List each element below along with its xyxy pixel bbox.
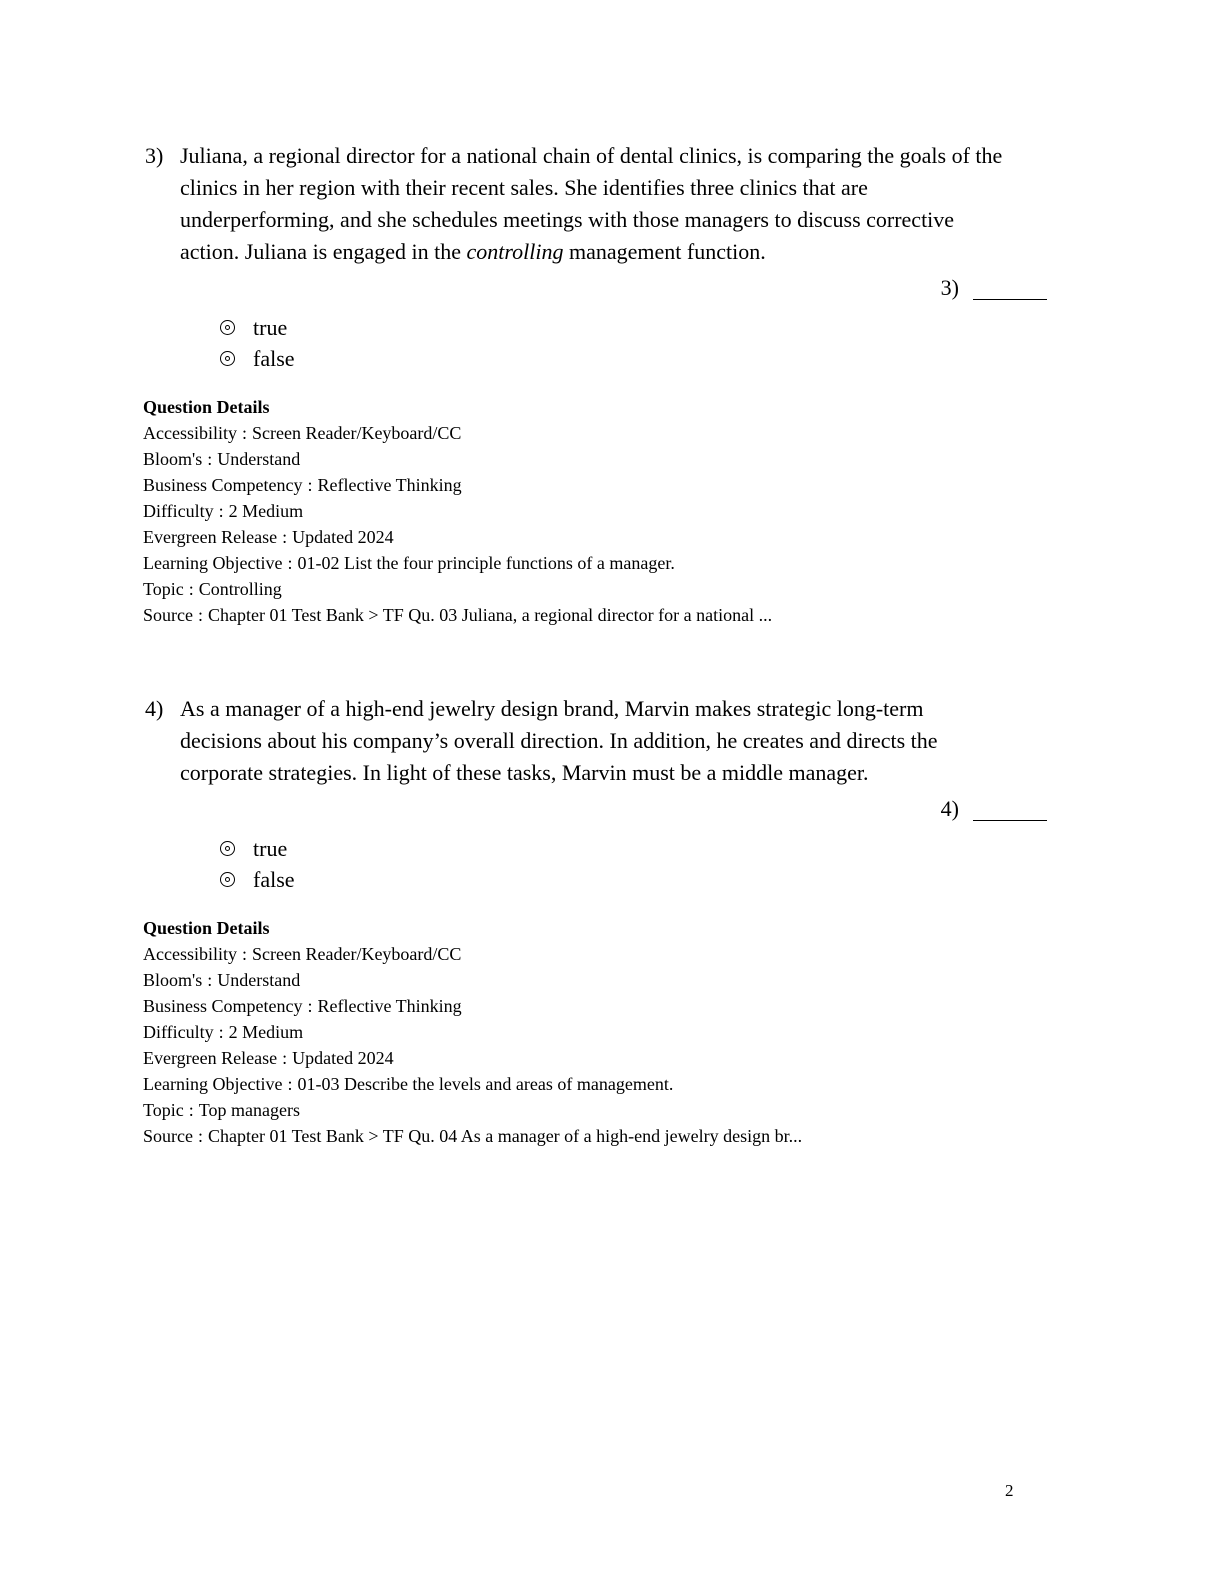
question-details-heading: Question Details <box>143 915 1069 941</box>
detail-separator: : <box>242 944 247 964</box>
detail-separator: : <box>207 970 212 990</box>
question-3-option-true[interactable]: true <box>220 312 1069 343</box>
question-4-text: As a manager of a high-end jewelry desig… <box>180 693 1069 789</box>
detail-separator: : <box>219 1022 224 1042</box>
detail-row-topic: Topic:Controlling <box>143 576 1069 602</box>
radio-button-icon[interactable] <box>220 351 235 366</box>
question-4-answer-label: 4) <box>941 793 959 825</box>
question-block-3: 3) Juliana, a regional director for a na… <box>145 140 1069 628</box>
question-4-paragraph: 4) As a manager of a high-end jewelry de… <box>145 693 1069 789</box>
option-false-label: false <box>253 867 295 893</box>
question-3-answer-blank-line <box>973 275 1047 300</box>
detail-value: Updated 2024 <box>292 1048 393 1068</box>
detail-value: Screen Reader/Keyboard/CC <box>252 944 461 964</box>
detail-row-source: Source:Chapter 01 Test Bank > TF Qu. 04 … <box>143 1123 1069 1149</box>
detail-value: Chapter 01 Test Bank > TF Qu. 03 Juliana… <box>208 605 772 625</box>
option-true-label: true <box>253 836 287 862</box>
question-3-number: 3) <box>145 140 180 268</box>
question-4-answer-row: 4) <box>145 793 1069 825</box>
detail-label: Bloom's <box>143 449 202 469</box>
detail-label: Topic <box>143 1100 184 1120</box>
detail-separator: : <box>287 553 292 573</box>
detail-separator: : <box>282 527 287 547</box>
detail-separator: : <box>282 1048 287 1068</box>
question-4-number: 4) <box>145 693 180 789</box>
detail-value: Reflective Thinking <box>318 996 462 1016</box>
question-4-answer-blank-line <box>973 796 1047 821</box>
detail-value: Updated 2024 <box>292 527 393 547</box>
detail-row-blooms: Bloom's:Understand <box>143 967 1069 993</box>
detail-separator: : <box>287 1074 292 1094</box>
detail-value: Top managers <box>199 1100 300 1120</box>
detail-label: Accessibility <box>143 423 237 443</box>
detail-value: 01-02 List the four principle functions … <box>297 553 674 573</box>
question-details-heading: Question Details <box>143 394 1069 420</box>
detail-label: Learning Objective <box>143 1074 282 1094</box>
question-4-text-start: As a manager of a high-end jewelry desig… <box>180 696 938 785</box>
detail-row-accessibility: Accessibility:Screen Reader/Keyboard/CC <box>143 420 1069 446</box>
radio-button-icon[interactable] <box>220 841 235 856</box>
detail-value: Reflective Thinking <box>318 475 462 495</box>
document-page: 3) Juliana, a regional director for a na… <box>0 0 1224 1584</box>
detail-row-difficulty: Difficulty:2 Medium <box>143 1019 1069 1045</box>
question-3-text-end: management function. <box>564 239 766 264</box>
question-3-text: Juliana, a regional director for a natio… <box>180 140 1069 268</box>
question-4-options: true false <box>220 833 1069 895</box>
question-4-details: Question Details Accessibility:Screen Re… <box>143 915 1069 1149</box>
question-3-paragraph: 3) Juliana, a regional director for a na… <box>145 140 1069 268</box>
option-false-label: false <box>253 346 295 372</box>
detail-value: 01-03 Describe the levels and areas of m… <box>297 1074 673 1094</box>
detail-row-blooms: Bloom's:Understand <box>143 446 1069 472</box>
detail-label: Difficulty <box>143 1022 214 1042</box>
detail-label: Source <box>143 605 193 625</box>
detail-row-business-competency: Business Competency:Reflective Thinking <box>143 993 1069 1019</box>
detail-row-evergreen-release: Evergreen Release:Updated 2024 <box>143 1045 1069 1071</box>
detail-label: Business Competency <box>143 996 303 1016</box>
question-3-answer-row: 3) <box>145 272 1069 304</box>
detail-value: Understand <box>217 449 300 469</box>
question-4-option-true[interactable]: true <box>220 833 1069 864</box>
detail-separator: : <box>198 1126 203 1146</box>
detail-value: Screen Reader/Keyboard/CC <box>252 423 461 443</box>
option-true-label: true <box>253 315 287 341</box>
detail-value: 2 Medium <box>229 1022 304 1042</box>
detail-separator: : <box>198 605 203 625</box>
detail-label: Source <box>143 1126 193 1146</box>
question-3-options: true false <box>220 312 1069 374</box>
detail-row-source: Source:Chapter 01 Test Bank > TF Qu. 03 … <box>143 602 1069 628</box>
detail-row-topic: Topic:Top managers <box>143 1097 1069 1123</box>
detail-row-learning-objective: Learning Objective:01-02 List the four p… <box>143 550 1069 576</box>
question-3-option-false[interactable]: false <box>220 343 1069 374</box>
detail-separator: : <box>308 996 313 1016</box>
detail-value: Chapter 01 Test Bank > TF Qu. 04 As a ma… <box>208 1126 802 1146</box>
detail-separator: : <box>207 449 212 469</box>
question-block-4: 4) As a manager of a high-end jewelry de… <box>145 693 1069 1149</box>
detail-row-accessibility: Accessibility:Screen Reader/Keyboard/CC <box>143 941 1069 967</box>
detail-separator: : <box>308 475 313 495</box>
detail-value: 2 Medium <box>229 501 304 521</box>
detail-label: Topic <box>143 579 184 599</box>
radio-button-icon[interactable] <box>220 872 235 887</box>
page-number: 2 <box>1005 1481 1014 1501</box>
detail-label: Bloom's <box>143 970 202 990</box>
detail-label: Learning Objective <box>143 553 282 573</box>
detail-row-evergreen-release: Evergreen Release:Updated 2024 <box>143 524 1069 550</box>
detail-separator: : <box>219 501 224 521</box>
detail-label: Accessibility <box>143 944 237 964</box>
page-content: 3) Juliana, a regional director for a na… <box>0 0 1224 1149</box>
detail-row-difficulty: Difficulty:2 Medium <box>143 498 1069 524</box>
detail-label: Evergreen Release <box>143 527 277 547</box>
question-3-italic-term: controlling <box>467 239 564 264</box>
detail-row-learning-objective: Learning Objective:01-03 Describe the le… <box>143 1071 1069 1097</box>
detail-label: Business Competency <box>143 475 303 495</box>
radio-button-icon[interactable] <box>220 320 235 335</box>
question-3-answer-label: 3) <box>941 272 959 304</box>
question-4-option-false[interactable]: false <box>220 864 1069 895</box>
detail-label: Evergreen Release <box>143 1048 277 1068</box>
detail-row-business-competency: Business Competency:Reflective Thinking <box>143 472 1069 498</box>
detail-value: Understand <box>217 970 300 990</box>
detail-separator: : <box>189 1100 194 1120</box>
detail-label: Difficulty <box>143 501 214 521</box>
detail-separator: : <box>242 423 247 443</box>
detail-separator: : <box>189 579 194 599</box>
question-3-details: Question Details Accessibility:Screen Re… <box>143 394 1069 628</box>
detail-value: Controlling <box>199 579 282 599</box>
